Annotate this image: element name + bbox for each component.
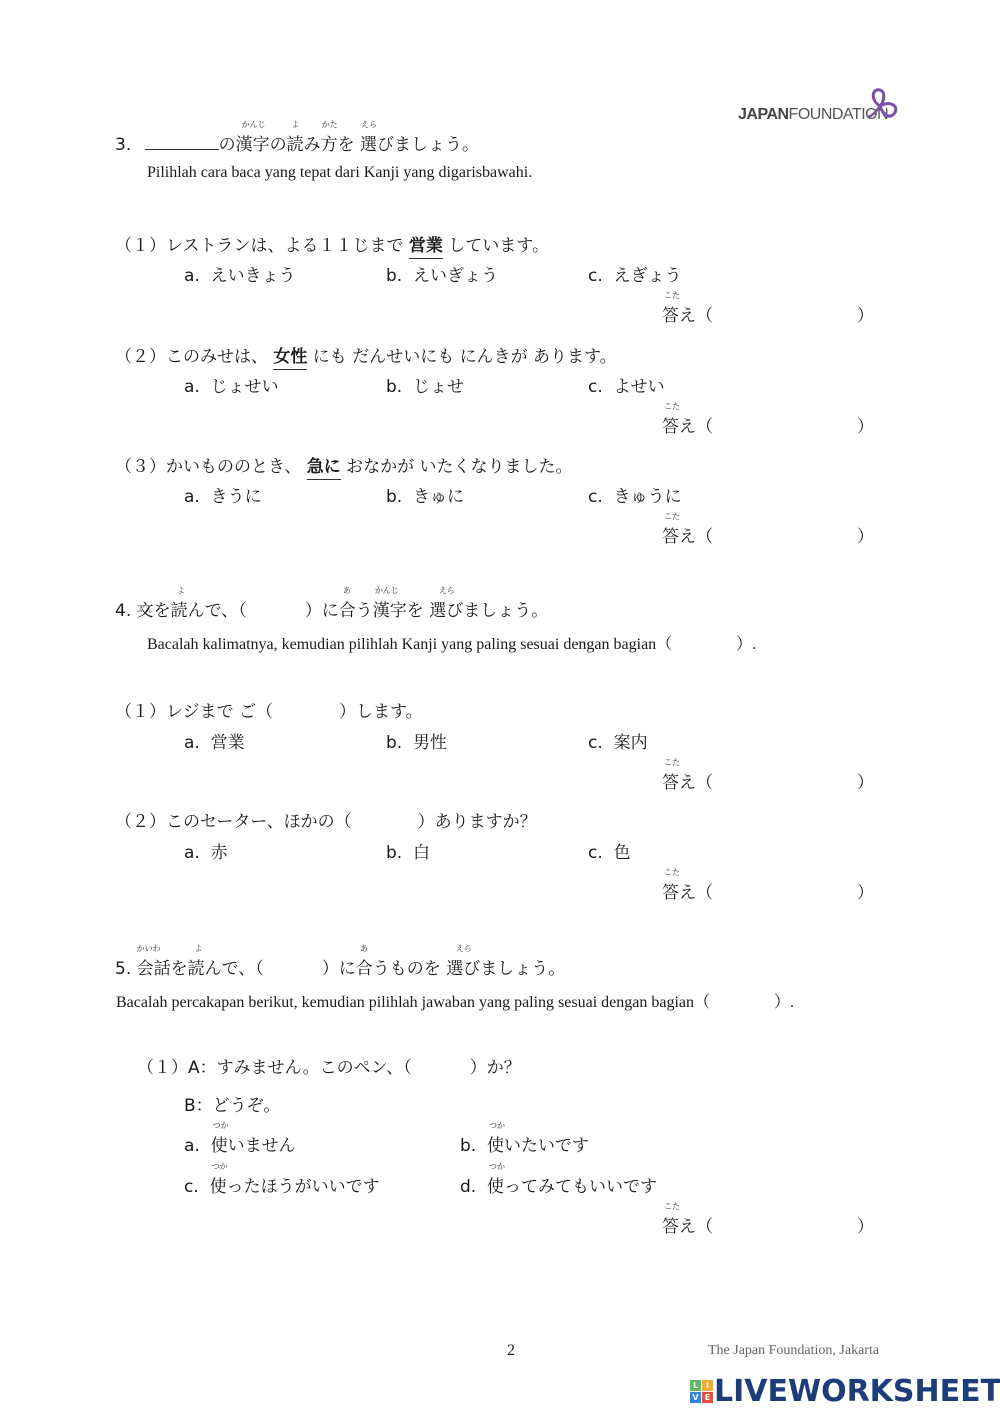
option-text: じょせい: [211, 377, 279, 397]
section-number: 3.: [115, 135, 131, 155]
option-letter: a.: [184, 266, 200, 286]
footer-credit: The Japan Foundation, Jakarta: [708, 1343, 879, 1359]
title-text: み: [304, 135, 321, 155]
section-4-heading: 4. ぶんよ文を読んで、（あかんじえら）に合う漢字を 選びましょう。: [115, 596, 548, 621]
option-a[interactable]: a. 営業: [184, 728, 245, 753]
option-text: えぎょう: [614, 266, 682, 286]
option-c[interactable]: c. つか使ったほうがいいです: [184, 1172, 380, 1197]
option-letter: c.: [588, 266, 603, 286]
block-v: V: [690, 1392, 701, 1403]
section-3-instruction: Pilihlah cara baca yang tepat dari Kanji…: [147, 164, 532, 182]
question-3-1: （１）レストランは、よる１１じまで 営業 しています。: [115, 231, 549, 256]
title-text: 会話を読んで、（: [137, 959, 264, 979]
option-text: 使ってみてもいいです: [487, 1177, 657, 1197]
option-text: 男性: [413, 733, 447, 753]
question-number: （１）: [115, 702, 166, 722]
kanji-with-ruby: かんじ漢字: [236, 130, 270, 155]
ruby-text: かいわ: [137, 943, 161, 954]
answer-close-paren: ）: [857, 773, 874, 793]
brand-text: LIVEWORKSHEETS: [714, 1374, 1000, 1409]
option-text: きゅに: [413, 487, 464, 507]
answer-box: こた答え（）: [662, 412, 874, 439]
option-d[interactable]: d. つか使ってみてもいいです: [460, 1172, 657, 1197]
ruby-text: かた: [322, 119, 338, 130]
answer-label: 答え（: [662, 883, 713, 903]
option-text: 案内: [614, 733, 648, 753]
option-text: じょせ: [413, 377, 464, 397]
option-a[interactable]: a. じょせい: [184, 372, 279, 397]
option-text: 営業: [211, 733, 245, 753]
ruby-text: よ: [292, 119, 300, 130]
title-text: 読: [287, 135, 304, 155]
underlined-kanji: 営業: [409, 236, 443, 259]
title-text: の: [219, 135, 236, 155]
title-text: ）に合う漢字を 選びましょう。: [305, 601, 548, 621]
option-a[interactable]: a. えいきょう: [184, 261, 296, 286]
answer-input[interactable]: [713, 1217, 857, 1239]
option-text: えいきょう: [211, 266, 296, 286]
option-letter: c.: [588, 733, 603, 753]
option-c[interactable]: c. えぎょう: [588, 261, 682, 286]
option-text: 白: [413, 843, 430, 863]
section-3-heading: 3. のかんじ漢字のよ読みかた方を えら選びましょう。: [115, 130, 479, 155]
option-c[interactable]: c. きゅうに: [588, 482, 682, 507]
option-letter: b.: [386, 377, 402, 397]
question-text: ）ありますか？: [418, 812, 537, 832]
ruby-text: えら: [456, 943, 472, 954]
answer-box: こた答え（）: [662, 301, 874, 328]
question-5-1-line-b: B：どうぞ。: [184, 1091, 280, 1116]
answer-input[interactable]: [713, 883, 857, 905]
question-5-1-line-a: （１）A：すみません。このペン、（）か？: [137, 1053, 521, 1078]
underlined-kanji: 急に: [307, 457, 341, 480]
question-text: しています。: [443, 236, 549, 256]
ruby-text: かんじ: [375, 585, 399, 596]
live-blocks-icon: LI VE: [690, 1380, 714, 1403]
question-4-1: （１）レジまで ご（）します。: [115, 697, 423, 722]
ruby-text: こた: [664, 1201, 680, 1212]
answer-close-paren: ）: [857, 1217, 874, 1237]
option-c[interactable]: c. 案内: [588, 728, 648, 753]
question-number: （２）: [115, 347, 166, 367]
title-text: 方: [321, 135, 338, 155]
ruby-text: つか: [489, 1161, 505, 1172]
question-text: このみせは、: [166, 347, 273, 367]
title-text: びましょう。: [377, 135, 479, 155]
option-c[interactable]: c. 色: [588, 838, 631, 863]
answer-label: 答え（: [662, 417, 713, 437]
option-letter: b.: [386, 487, 402, 507]
question-text: レストランは、よる１１じまで: [166, 236, 409, 256]
ruby-text: よ: [177, 585, 185, 596]
ruby-text: あ: [360, 943, 368, 954]
dialogue-text: ）か？: [470, 1058, 521, 1078]
answer-input[interactable]: [713, 773, 857, 795]
question-text: このセーター、ほかの（: [166, 812, 352, 832]
block-i: I: [702, 1380, 713, 1391]
option-text: 使いません: [211, 1136, 296, 1156]
butterfly-logo-icon: [866, 86, 902, 124]
option-text: 使いたいです: [487, 1136, 589, 1156]
question-text: ）します。: [339, 702, 423, 722]
section-4-instruction: Bacalah kalimatnya, kemudian pilihlah Ka…: [147, 631, 756, 654]
ruby-text: ぶん: [137, 604, 153, 615]
option-letter: c.: [588, 843, 603, 863]
block-e: E: [702, 1392, 713, 1403]
answer-input[interactable]: [713, 306, 857, 328]
liveworksheets-logo: LI VE LIVEWORKSHEETS: [690, 1374, 1000, 1409]
question-4-2: （２）このセーター、ほかの（）ありますか？: [115, 807, 537, 832]
question-number: （２）: [115, 812, 166, 832]
option-letter: a.: [184, 1136, 200, 1156]
option-a[interactable]: a. つか使いません: [184, 1131, 296, 1156]
ruby-text: かんじ: [242, 119, 266, 130]
option-letter: a.: [184, 377, 200, 397]
option-letter: b.: [386, 843, 402, 863]
answer-box: こた答え（）: [662, 522, 874, 549]
option-letter: c.: [588, 377, 603, 397]
option-b[interactable]: b. つか使いたいです: [460, 1131, 589, 1156]
ruby-text: こた: [664, 867, 680, 878]
question-text: レジまで ご（: [166, 702, 273, 722]
answer-close-paren: ）: [857, 883, 874, 903]
option-text: 色: [614, 843, 631, 863]
section-5-instruction: Bacalah percakapan berikut, kemudian pil…: [116, 989, 794, 1012]
underline-blank: [145, 135, 219, 150]
question-text: おなかが いたくなりました。: [341, 457, 573, 477]
option-text: えいぎょう: [413, 266, 498, 286]
option-b[interactable]: b. えいぎょう: [386, 261, 498, 286]
option-letter: b.: [386, 733, 402, 753]
ruby-text: こた: [664, 757, 680, 768]
option-letter: b.: [460, 1136, 476, 1156]
answer-label: 答え（: [662, 527, 713, 547]
option-text: よせい: [614, 377, 665, 397]
option-c[interactable]: c. よせい: [588, 372, 665, 397]
option-text: 使ったほうがいいです: [210, 1177, 380, 1197]
question-text: にも だんせいにも にんきが あります。: [307, 347, 616, 367]
ruby-text: よ: [195, 943, 203, 954]
ruby-text: あ: [343, 585, 351, 596]
title-text: の: [270, 135, 287, 155]
option-b[interactable]: b. 男性: [386, 728, 447, 753]
answer-label: 答え（: [662, 306, 713, 326]
title-text: 文を読んで、（: [137, 601, 247, 621]
section-number: 5.: [115, 959, 131, 979]
question-text: かいもののとき、: [166, 457, 307, 477]
option-letter: c.: [184, 1177, 199, 1197]
question-number: （１）: [137, 1058, 188, 1078]
question-3-2: （２）このみせは、 女性 にも だんせいにも にんきが あります。: [115, 342, 617, 367]
kanji-with-ruby: えら選: [360, 130, 377, 155]
answer-close-paren: ）: [857, 306, 874, 326]
option-text: きゅうに: [614, 487, 682, 507]
title-text: 選: [360, 135, 377, 155]
ruby-text: つか: [489, 1120, 505, 1131]
question-number: （３）: [115, 457, 166, 477]
answer-input[interactable]: [713, 527, 857, 549]
option-letter: a.: [184, 733, 200, 753]
option-text: 赤: [211, 843, 228, 863]
option-text: きうに: [211, 487, 262, 507]
option-letter: b.: [386, 266, 402, 286]
option-a[interactable]: a. 赤: [184, 838, 228, 863]
ruby-text: えら: [439, 585, 455, 596]
answer-box: こた答え（）: [662, 1212, 874, 1239]
ruby-text: こた: [664, 401, 680, 412]
option-a[interactable]: a. きうに: [184, 482, 262, 507]
option-letter: a.: [184, 487, 200, 507]
ruby-text: こた: [664, 511, 680, 522]
title-text: 漢字: [236, 135, 270, 155]
answer-box: こた答え（）: [662, 878, 874, 905]
page-number: 2: [507, 1342, 515, 1360]
option-letter: d.: [460, 1177, 476, 1197]
question-number: （１）: [115, 236, 166, 256]
option-letter: a.: [184, 843, 200, 863]
option-b[interactable]: b. じょせ: [386, 372, 464, 397]
ruby-text: つか: [213, 1120, 229, 1131]
ruby-text: こた: [664, 290, 680, 301]
block-l: L: [690, 1380, 701, 1391]
answer-label: 答え（: [662, 773, 713, 793]
title-text: ）に合うものを 選びましょう。: [322, 959, 565, 979]
answer-label: 答え（: [662, 1217, 713, 1237]
kanji-with-ruby: よ読: [287, 130, 304, 155]
answer-close-paren: ）: [857, 417, 874, 437]
option-b[interactable]: b. きゅに: [386, 482, 464, 507]
answer-input[interactable]: [713, 417, 857, 439]
answer-close-paren: ）: [857, 527, 874, 547]
option-b[interactable]: b. 白: [386, 838, 430, 863]
section-number: 4.: [115, 601, 131, 621]
underlined-kanji: 女性: [273, 347, 307, 370]
dialogue-text: A：すみません。このペン、（: [188, 1058, 412, 1078]
question-3-3: （３）かいもののとき、 急に おなかが いたくなりました。: [115, 452, 573, 477]
ruby-text: えら: [361, 119, 377, 130]
logo-bold-text: JAPAN: [738, 106, 789, 123]
section-5-heading: 5. かいわよ会話を読んで、（あえら）に合うものを 選びましょう。: [115, 954, 565, 979]
kanji-with-ruby: かた方: [321, 130, 338, 155]
option-letter: c.: [588, 487, 603, 507]
ruby-text: つか: [212, 1161, 228, 1172]
title-text: を: [338, 135, 360, 155]
answer-box: こた答え（）: [662, 768, 874, 795]
